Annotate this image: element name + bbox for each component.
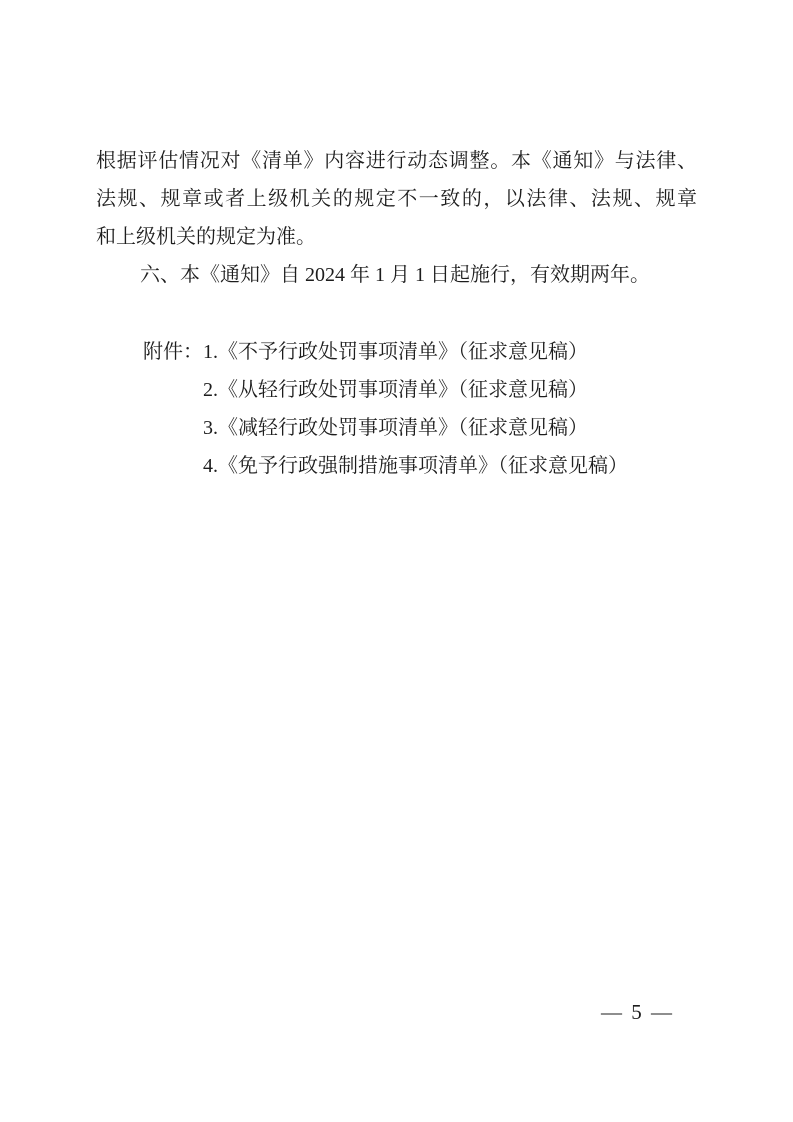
page-number: — 5 — xyxy=(601,1000,674,1024)
document-page: 根据评估情况对《清单》内容进行动态调整。本《通知》与法律、 法规、规章或者上级机… xyxy=(0,0,793,1122)
attachment-item-4: 4.《免予行政强制措施事项清单》（征求意见稿） xyxy=(203,447,628,485)
paragraph-item-six: 六、本《通知》自 2024 年 1 月 1 日起施行，有效期两年。 xyxy=(96,256,697,294)
body-text-block: 根据评估情况对《清单》内容进行动态调整。本《通知》与法律、 法规、规章或者上级机… xyxy=(96,142,697,294)
attachment-item-3: 3.《减轻行政处罚事项清单》（征求意见稿） xyxy=(203,409,628,447)
paragraph-continuation-line-2: 法规、规章或者上级机关的规定不一致的，以法律、法规、规章 xyxy=(96,180,697,218)
attachment-item-2: 2.《从轻行政处罚事项清单》（征求意见稿） xyxy=(203,371,628,409)
attachments-block: 附件： 1.《不予行政处罚事项清单》（征求意见稿） 2.《从轻行政处罚事项清单》… xyxy=(143,333,628,485)
paragraph-continuation-line-1: 根据评估情况对《清单》内容进行动态调整。本《通知》与法律、 xyxy=(96,142,697,180)
paragraph-continuation-line-3: 和上级机关的规定为准。 xyxy=(96,218,697,256)
attachments-label: 附件： xyxy=(143,333,203,371)
attachments-list: 1.《不予行政处罚事项清单》（征求意见稿） 2.《从轻行政处罚事项清单》（征求意… xyxy=(203,333,628,485)
attachment-item-1: 1.《不予行政处罚事项清单》（征求意见稿） xyxy=(203,333,628,371)
